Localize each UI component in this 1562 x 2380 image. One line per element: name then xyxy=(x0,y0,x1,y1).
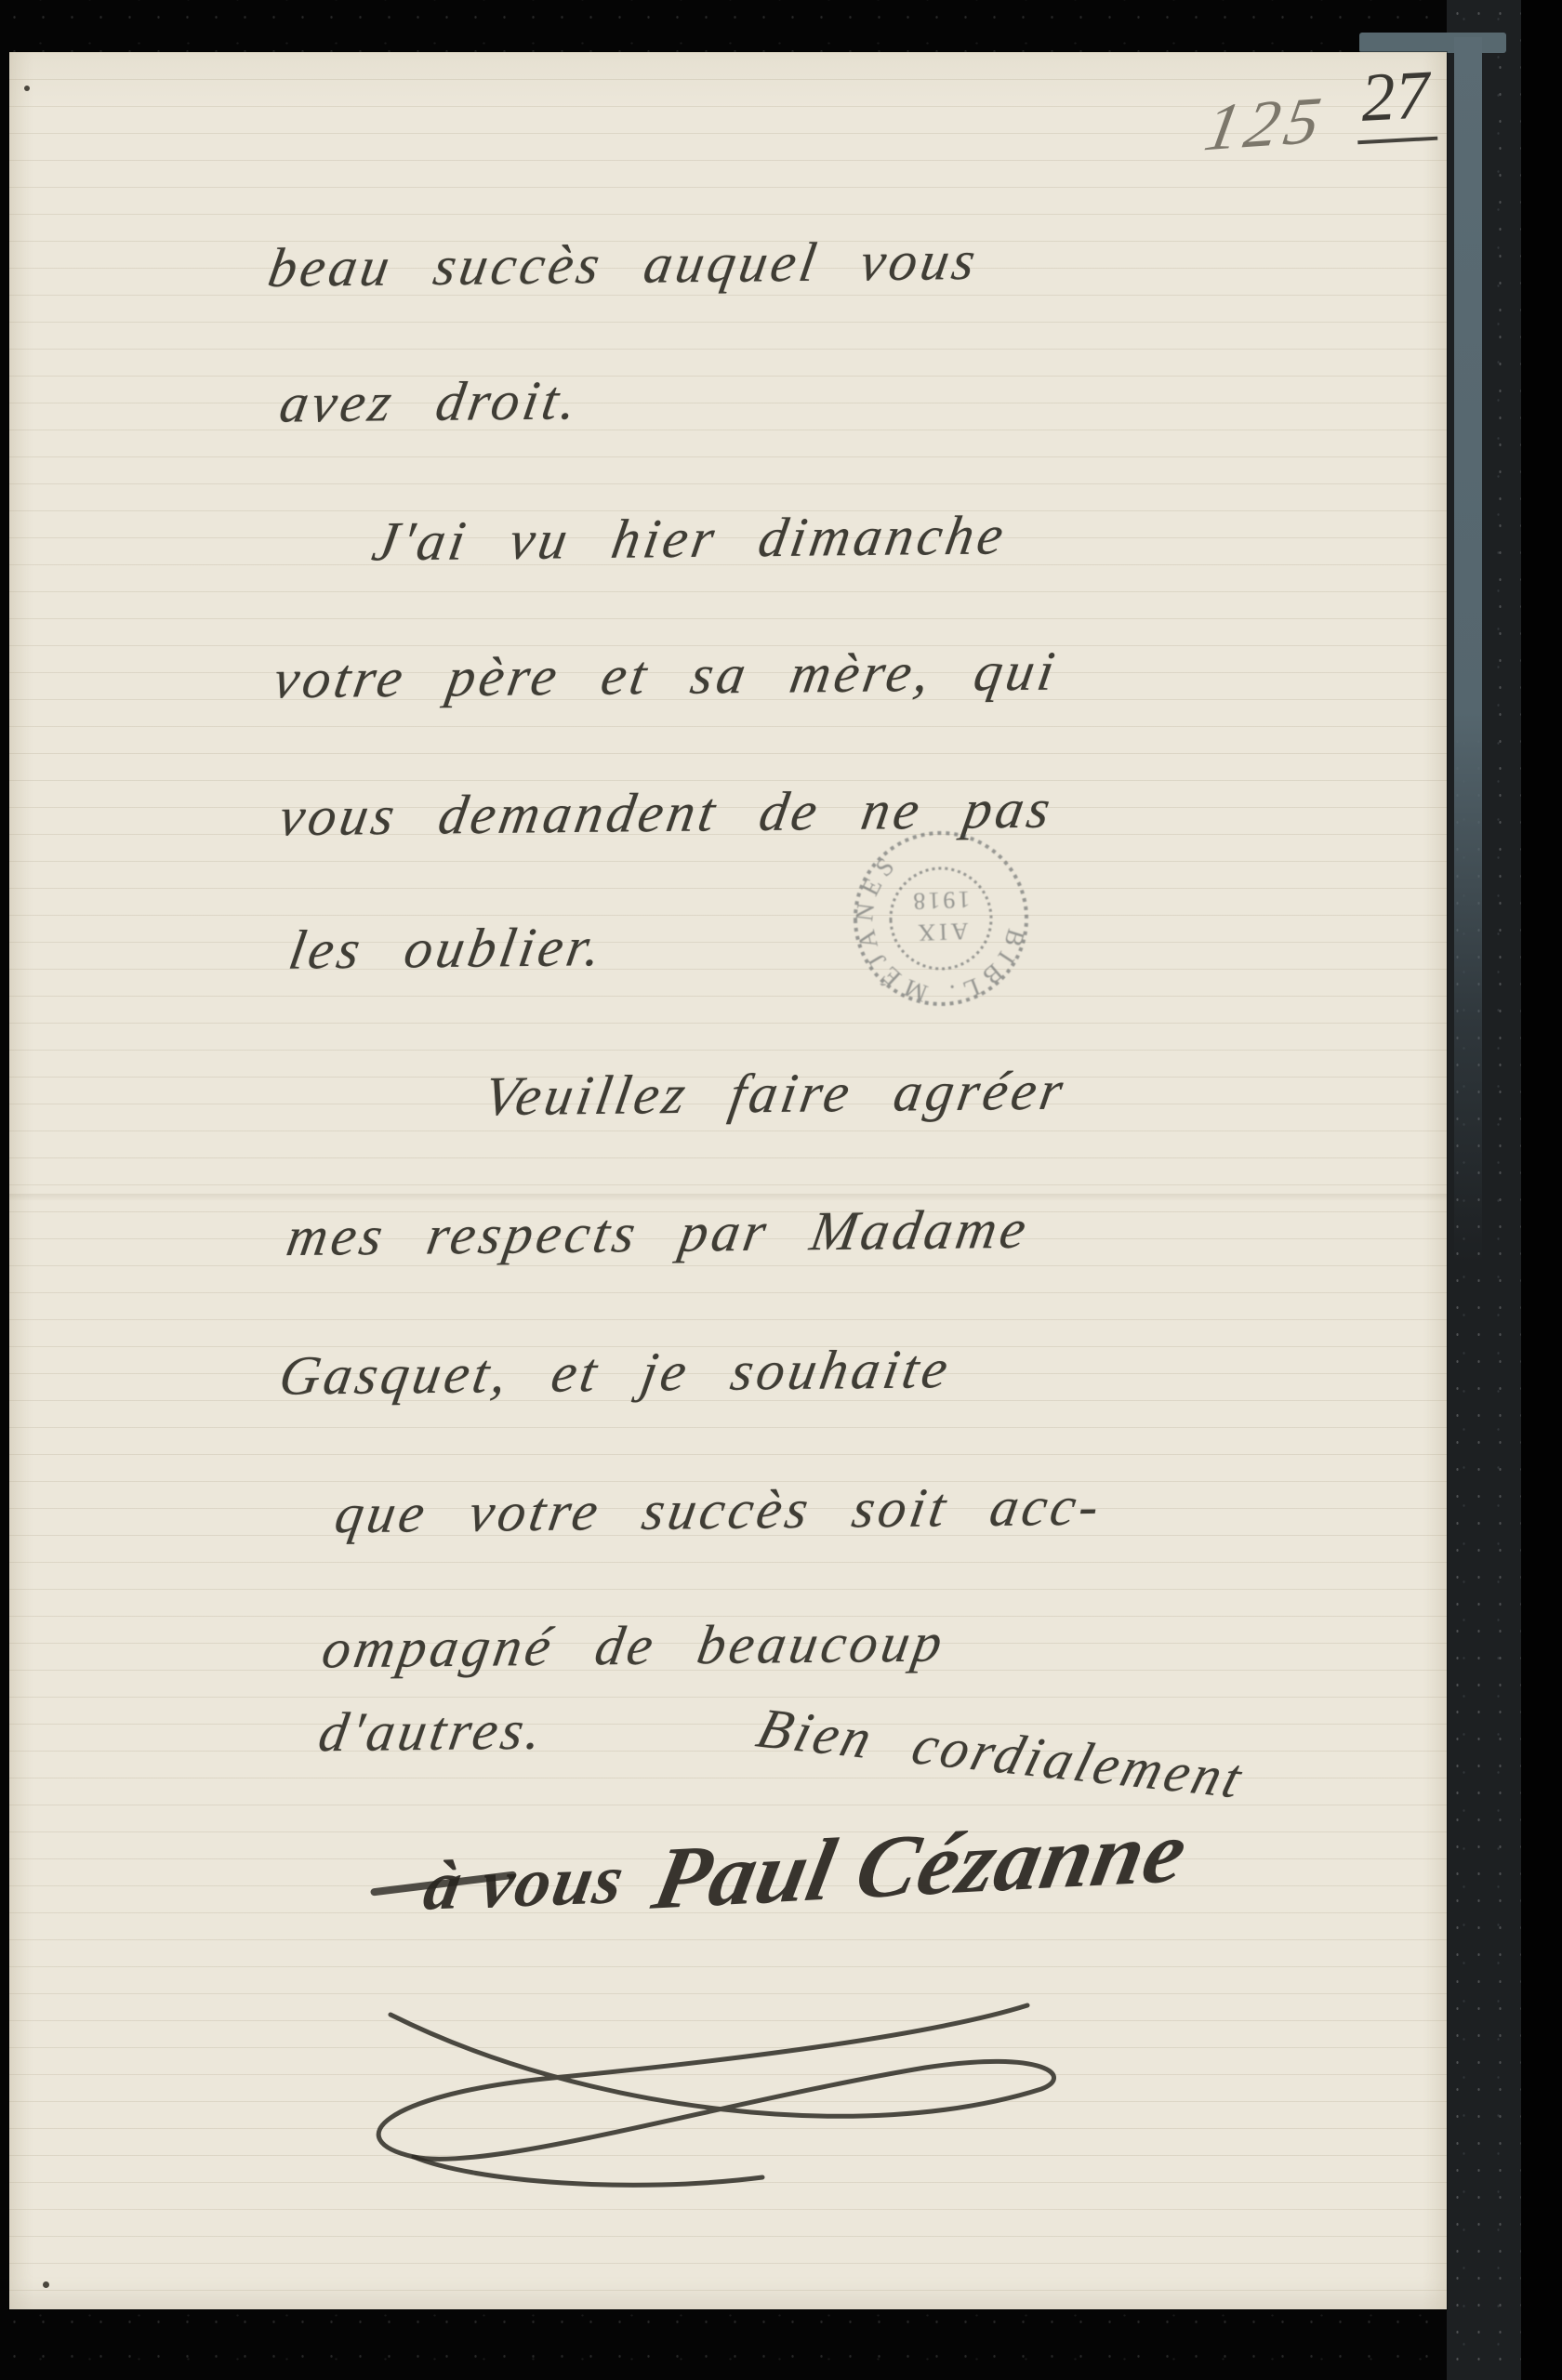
letter-line: Gasquet, et je souhaite xyxy=(275,1337,957,1408)
library-stamp: BIBL. MÉJANES AIX 1918 xyxy=(839,816,1043,1021)
ink-speck xyxy=(43,2281,49,2288)
letter-line: les oublier. xyxy=(285,915,609,983)
ink-speck xyxy=(24,86,30,91)
letter-line: que votre succès soit acc- xyxy=(331,1474,1107,1547)
stamp-inner-text: AIX xyxy=(914,918,969,946)
paper-sheet: 125 27 beau succès auquel vous avez droi… xyxy=(9,52,1447,2309)
mat-edge-horizontal xyxy=(1359,33,1506,53)
letter-line: d'autres. xyxy=(314,1699,549,1765)
signature-name: Paul Cézanne xyxy=(645,1799,1197,1929)
page-number-ink-value: 27 xyxy=(1354,56,1438,144)
letter-closing-line: Bien cordialement xyxy=(750,1696,1252,1811)
backdrop-black-edge xyxy=(1521,0,1562,2380)
scan-background: 125 27 beau succès auquel vous avez droi… xyxy=(0,0,1562,2380)
signature-flourish xyxy=(325,1982,1106,2215)
page-number-pencil: 125 xyxy=(1199,82,1332,167)
letter-line: votre père et sa mère, qui xyxy=(270,640,1063,712)
letter-line: beau succès auquel vous xyxy=(264,229,984,300)
mat-edge-vertical xyxy=(1454,37,1482,1264)
letter-line: avez droit. xyxy=(275,368,585,435)
page-number-ink: 27 xyxy=(1354,56,1438,144)
letter-line: mes respects par Madame xyxy=(283,1197,1035,1269)
letter-line: ompagné de beaucoup xyxy=(318,1611,950,1682)
stamp-year: 1918 xyxy=(910,886,971,915)
letter-line: Veuillez faire agréer xyxy=(480,1059,1071,1130)
signature-salutation: à vous xyxy=(418,1839,631,1926)
letter-line: J'ai vu hier dimanche xyxy=(368,503,1012,574)
